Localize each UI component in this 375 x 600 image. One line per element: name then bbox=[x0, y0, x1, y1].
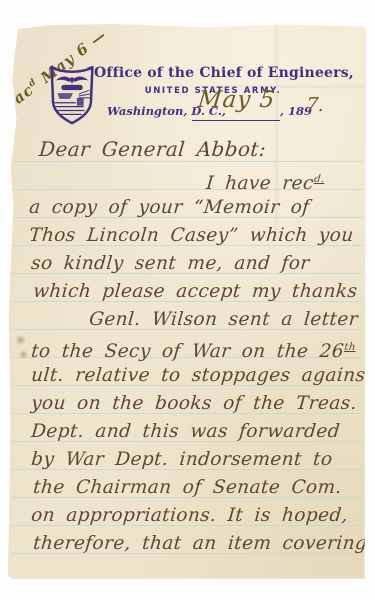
handwriting-line: you on the books of the Treas. bbox=[30, 391, 358, 417]
handwriting-line: ult. relative to stoppages against bbox=[30, 363, 374, 389]
handwriting-line: the Chairman of Senate Com. bbox=[32, 475, 343, 501]
handwriting-line: I have recd. bbox=[205, 167, 326, 197]
letterhead-office-line: Office of the Chief of Engineers, bbox=[94, 65, 332, 81]
line-text: I have rec bbox=[205, 173, 314, 194]
handwriting-line: Thos Lincoln Casey” which you bbox=[28, 223, 355, 249]
foxing-spot bbox=[19, 350, 28, 359]
date-blank-rule bbox=[192, 120, 280, 121]
line-text: to the Secy of War on the 26 bbox=[30, 341, 345, 362]
handwritten-year-digit: 7. bbox=[305, 94, 325, 116]
line-superscript: d. bbox=[314, 174, 325, 185]
salutation-line: Dear General Abbot: bbox=[38, 136, 267, 162]
handwriting-line: a copy of your “Memoir of bbox=[28, 195, 311, 221]
photo-background: acd May 6 — Office of the Chief of Engin… bbox=[0, 0, 375, 600]
handwriting-line: so kindly sent me, and for bbox=[30, 251, 311, 277]
handwriting-line: on appropriations. It is hoped, bbox=[30, 503, 349, 529]
handwriting-line: Dept. and this was forwarded bbox=[30, 419, 341, 445]
handwriting-line: which please accept my thanks bbox=[32, 279, 358, 305]
handwritten-date: May 5 bbox=[197, 87, 277, 113]
handwriting-line: by War Dept. indorsement to bbox=[30, 447, 334, 473]
handwriting-line: to the Secy of War on the 26th bbox=[30, 335, 357, 365]
handwriting-line: therefore, that an item covering bbox=[32, 531, 368, 557]
line-superscript: th bbox=[344, 342, 356, 353]
engineers-crest-icon bbox=[48, 64, 96, 126]
handwriting-line: Genl. Wilson sent a letter bbox=[88, 307, 359, 333]
letter-paper: acd May 6 — Office of the Chief of Engin… bbox=[8, 24, 366, 579]
foxing-spot bbox=[15, 335, 26, 345]
